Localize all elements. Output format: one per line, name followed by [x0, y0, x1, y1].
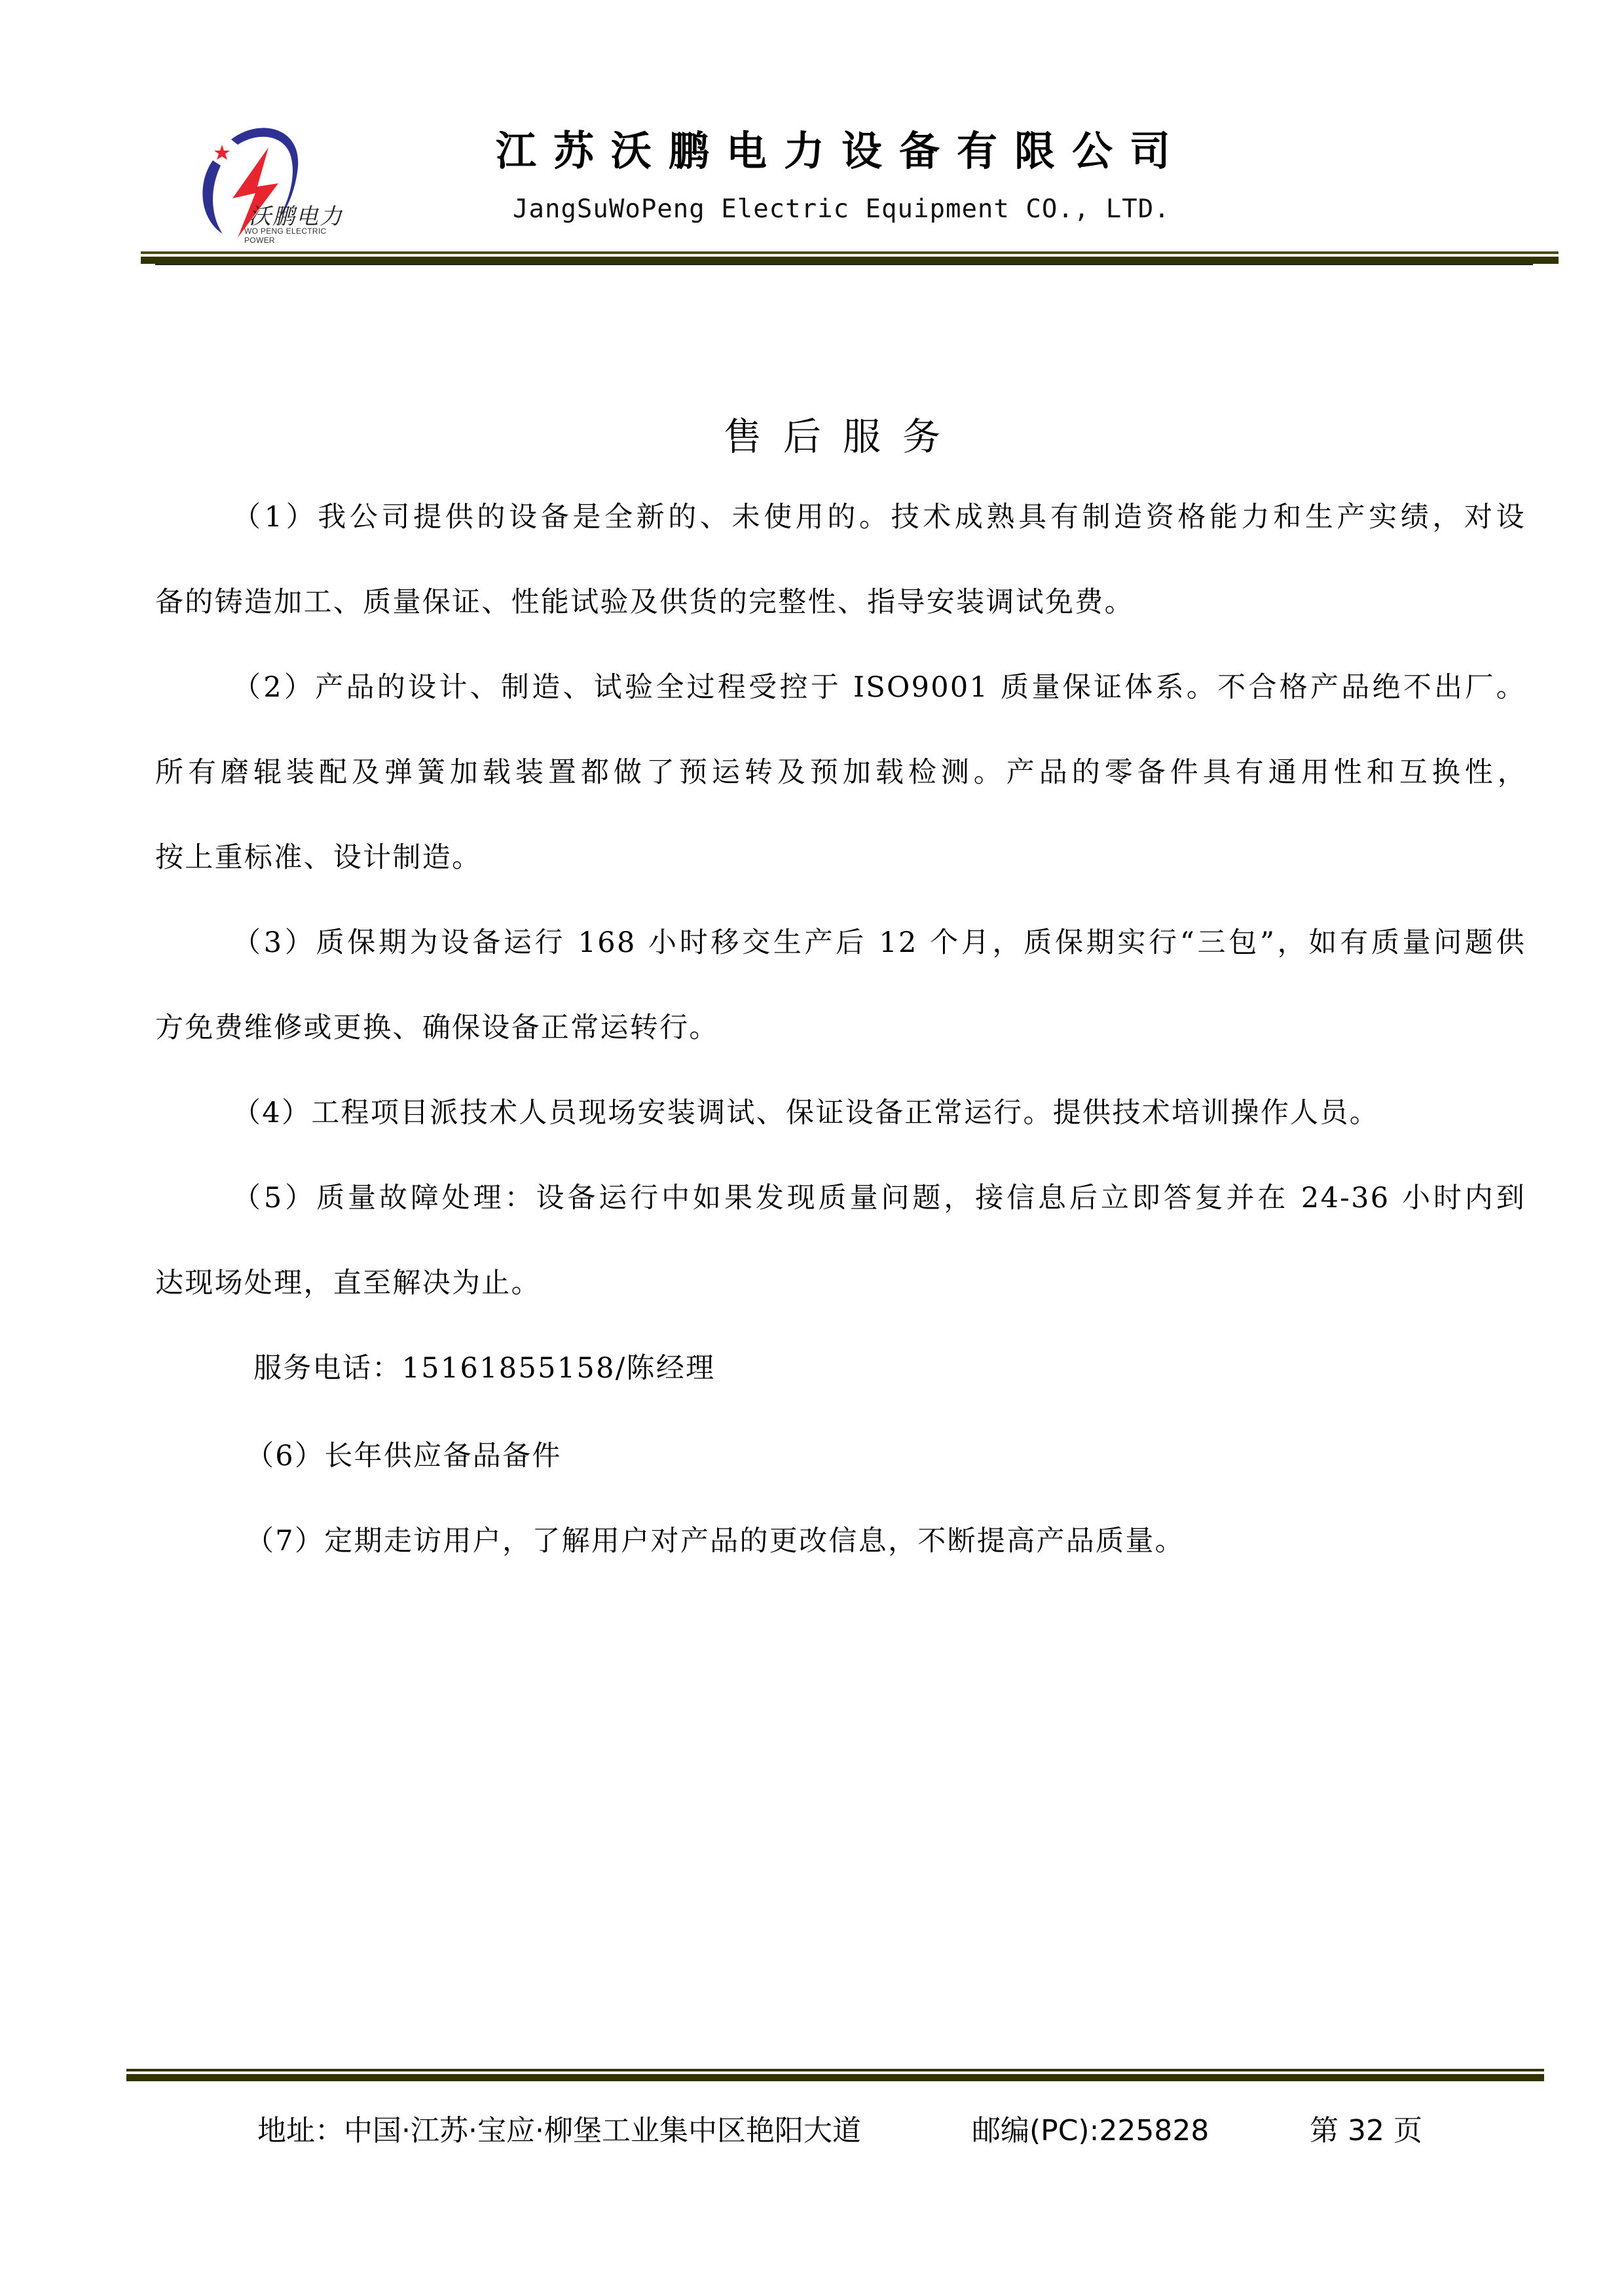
footer-page-number: 第 32 页	[1310, 2113, 1422, 2149]
header-rule-shadow	[155, 264, 1533, 265]
footer-postcode: 邮编(PC):225828	[972, 2113, 1209, 2149]
page-title: 售后服务	[724, 414, 962, 460]
paragraph-1-line-2: 备的铸造加工、质量保证、性能试验及供货的完整性、指导安装调试免费。	[155, 584, 1134, 621]
paragraph-6: （6）长年供应备品备件	[246, 1438, 562, 1474]
paragraph-2-line-1: （2）产品的设计、制造、试验全过程受控于 ISO9001 质量保证体系。不合格产…	[232, 669, 1526, 706]
header-rule-thin	[141, 251, 1559, 254]
paragraph-5-line-1: （5）质量故障处理：设备运行中如果发现质量问题，接信息后立即答复并在 24-36…	[232, 1180, 1526, 1216]
company-name-cn: 江苏沃鹏电力设备有限公司	[496, 128, 1187, 174]
logo-name-cn: 沃鹏电力	[249, 198, 343, 230]
logo-name-en: WO PENG ELECTRIC POWER	[244, 227, 350, 245]
paragraph-2-line-2: 所有磨辊装配及弹簧加载装置都做了预运转及预加载检测。产品的零备件具有通用性和互换…	[155, 754, 1527, 791]
company-name-en: JangSuWoPeng Electric Equipment CO., LTD…	[513, 194, 1170, 225]
footer-rule-thin	[126, 2069, 1544, 2071]
service-phone: 服务电话：15161855158/陈经理	[253, 1350, 715, 1387]
company-logo: 沃鹏电力 WO PENG ELECTRIC POWER	[187, 121, 350, 239]
footer-address: 地址：中国·江苏·宝应·柳堡工业集中区艳阳大道	[257, 2113, 861, 2149]
paragraph-7: （7）定期走访用户，了解用户对产品的更改信息，不断提高产品质量。	[246, 1523, 1185, 1559]
paragraph-4: （4）工程项目派技术人员现场安装调试、保证设备正常运行。提供技术培训操作人员。	[232, 1095, 1379, 1131]
paragraph-3-line-1: （3）质保期为设备运行 168 小时移交生产后 12 个月，质保期实行“三包”，…	[232, 924, 1526, 961]
footer-rule-thick	[126, 2074, 1544, 2081]
paragraph-3-line-2: 方免费维修或更换、确保设备正常运转行。	[155, 1010, 719, 1046]
paragraph-1-line-1: （1）我公司提供的设备是全新的、未使用的。技术成熟具有制造资格能力和生产实绩，对…	[232, 499, 1526, 536]
header-rule-thick	[141, 257, 1559, 264]
paragraph-2-line-3: 按上重标准、设计制造。	[155, 839, 481, 876]
paragraph-5-line-2: 达现场处理，直至解决为止。	[155, 1265, 541, 1302]
